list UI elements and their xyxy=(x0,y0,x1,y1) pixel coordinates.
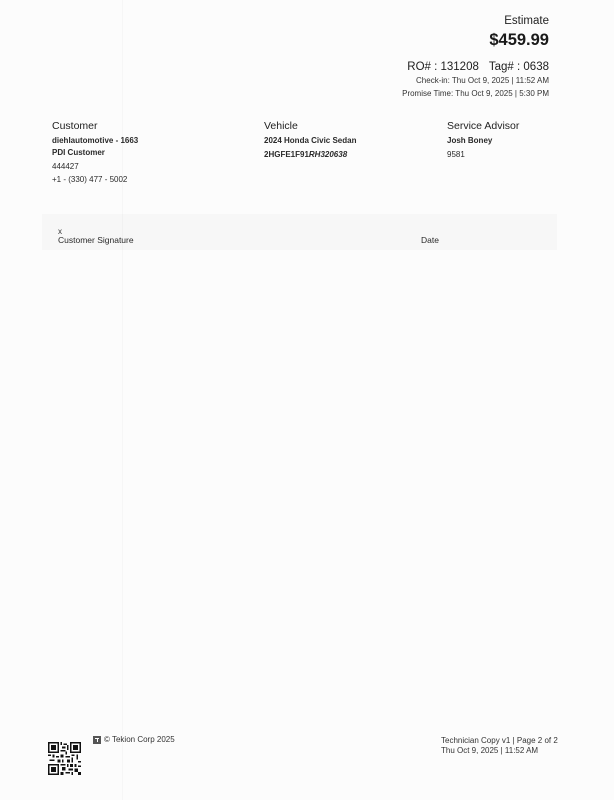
advisor-id: 9581 xyxy=(447,149,519,161)
vehicle-vin: 2HGFE1F91RH320638 xyxy=(264,149,356,161)
vehicle-title: Vehicle xyxy=(264,120,356,133)
customer-title: Customer xyxy=(52,120,138,133)
footer-page-info: Technician Copy v1 | Page 2 of 2 Thu Oct… xyxy=(441,736,558,756)
copyright-text: © Tekion Corp 2025 xyxy=(104,735,175,745)
vehicle-section: Vehicle 2024 Honda Civic Sedan 2HGFE1F91… xyxy=(264,120,356,161)
ro-label: RO# : xyxy=(407,61,440,73)
check-in-time: Check-in: Thu Oct 9, 2025 | 11:52 AM xyxy=(402,74,549,87)
customer-section: Customer diehlautomotive - 1663 PDI Cust… xyxy=(52,120,138,186)
advisor-title: Service Advisor xyxy=(447,120,519,133)
copy-page-info: Technician Copy v1 | Page 2 of 2 xyxy=(441,736,558,746)
customer-type: PDI Customer xyxy=(52,147,138,159)
ro-tag-line: RO# : 131208Tag# : 0638 xyxy=(402,60,549,74)
promise-time: Promise Time: Thu Oct 9, 2025 | 5:30 PM xyxy=(402,87,549,100)
print-timestamp: Thu Oct 9, 2025 | 11:52 AM xyxy=(441,746,558,756)
tag-number: 0638 xyxy=(523,61,549,73)
document-type: Estimate xyxy=(402,14,549,28)
estimate-header: Estimate $459.99 RO# : 131208Tag# : 0638… xyxy=(402,14,549,100)
service-advisor-section: Service Advisor Josh Boney 9581 xyxy=(447,120,519,161)
advisor-name: Josh Boney xyxy=(447,135,519,147)
date-label: Date xyxy=(421,235,439,245)
customer-signature-label: Customer Signature xyxy=(58,235,134,245)
qr-code-icon xyxy=(48,742,81,775)
vin-suffix: RH320638 xyxy=(309,150,347,159)
estimate-total: $459.99 xyxy=(402,30,549,50)
tekion-logo-icon xyxy=(93,736,101,744)
vin-prefix: 2HGFE1F91 xyxy=(264,150,309,159)
tag-label: Tag# : xyxy=(489,61,524,73)
footer-copyright: © Tekion Corp 2025 xyxy=(93,735,175,745)
customer-id: 444427 xyxy=(52,161,138,173)
customer-name: diehlautomotive - 1663 xyxy=(52,135,138,147)
vehicle-description: 2024 Honda Civic Sedan xyxy=(264,135,356,147)
customer-phone: +1 - (330) 477 - 5002 xyxy=(52,174,138,186)
ro-number: 131208 xyxy=(441,61,479,73)
